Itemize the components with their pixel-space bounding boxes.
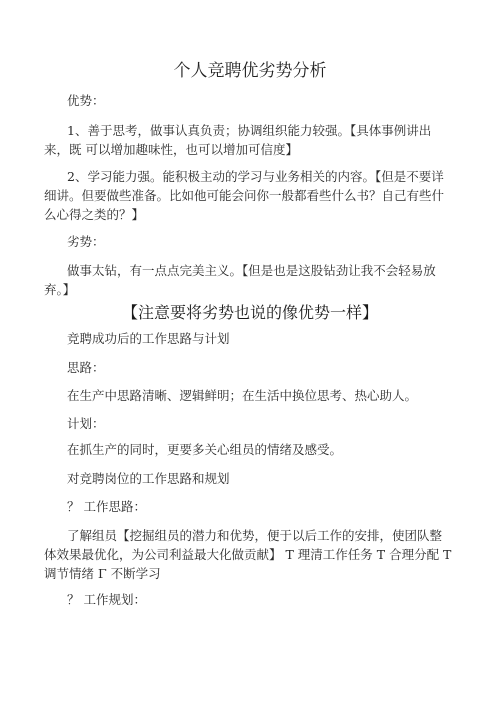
thinking-text: 在生产中思路清晰、逻辑鲜明；在生活中换位思考、热心助人。 [44,386,454,405]
work-thinking-text: 了解组员【挖掘组员的潜力和优势，便于以后工作的安排，使团队整体效果最优化，为公司… [44,526,454,583]
advantages-heading: 优势： [44,91,454,110]
position-heading: 对竞聘岗位的工作思路和规划 [44,469,454,488]
work-thinking-heading: ？ 工作思路： [44,497,454,516]
advantage-item-2: 2、学习能力强。能积极主动的学习与业务相关的内容。【但是不要详细讲。但要做些准备… [44,167,454,224]
note-heading: 【注意要将劣势也说的像优势一样】 [0,302,500,324]
disadvantages-heading: 劣势： [44,232,454,251]
thinking-heading: 思路： [44,358,454,377]
page-title: 个人竞聘优劣势分析 [0,60,500,82]
document-page: 个人竞聘优劣势分析 优势： 1、善于思考，做事认真负责；协调组织能力较强。【具体… [0,0,500,708]
plan-label: 计划： [44,414,454,433]
work-plan-heading: ？ 工作规划： [44,590,454,609]
advantage-item-1: 1、善于思考，做事认真负责；协调组织能力较强。【具体事例讲出来，既 可以增加趣味… [44,121,454,159]
plan-heading: 竞聘成功后的工作思路与计划 [44,329,454,348]
disadvantage-item-1: 做事太钻，有一点点完美主义。【但是也是这股钻劲让我不会轻易放 弃。】 [44,261,454,299]
plan-text: 在抓生产的同时，更要多关心组员的情绪及感受。 [44,440,454,459]
